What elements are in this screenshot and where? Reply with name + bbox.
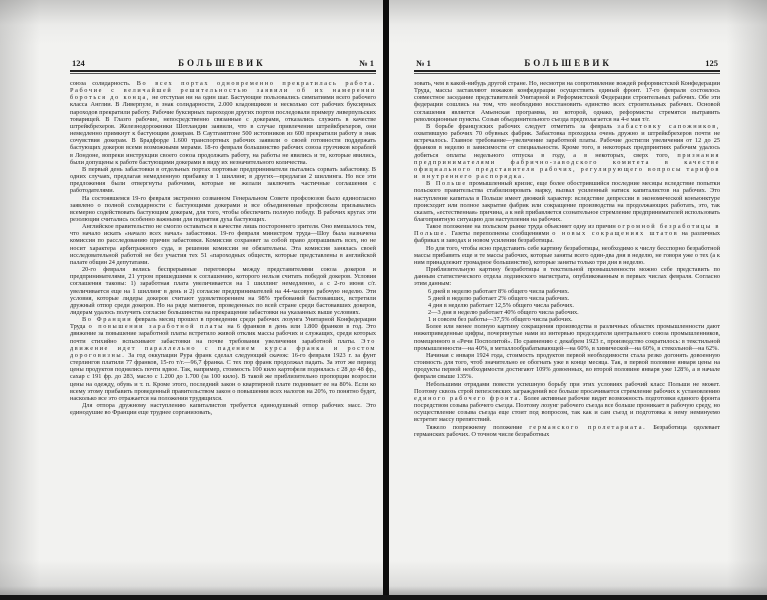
text-run: охватившую рабочих 70 обувных фабрик. За… bbox=[414, 130, 720, 158]
text-run: союза солидарность. bbox=[70, 80, 137, 87]
paragraph: Небольшими отрядами повести успешную бор… bbox=[414, 381, 720, 424]
right-issue-number: № 1 bbox=[416, 58, 431, 68]
spaced-emphasis: В Польше bbox=[426, 180, 467, 187]
paragraph: Во Франции февраль месяц прошел в провед… bbox=[70, 316, 376, 402]
paragraph: Начиная с января 1924 года, стоимость пр… bbox=[414, 352, 720, 381]
text-run: зовать, чем в какой-нибудь другой стране… bbox=[414, 80, 720, 123]
spaced-emphasis: единого рабочего фронта. bbox=[414, 395, 522, 402]
book-spine bbox=[383, 0, 389, 600]
paragraph: В борьбе французских рабочих следует отм… bbox=[414, 123, 720, 180]
scan-bottom-edge bbox=[0, 595, 767, 600]
paragraph: Тяжело попрежнему положение германского … bbox=[414, 424, 720, 438]
spaced-emphasis: Во Франции bbox=[82, 316, 132, 323]
text-run: Английское правительство не смогло остав… bbox=[70, 223, 376, 266]
left-page-body: союза солидарность. Во всех портах однов… bbox=[70, 80, 376, 416]
paragraph: Для отпора дружному наступлению капитали… bbox=[70, 402, 376, 416]
text-run: Для отпора дружному наступлению капитали… bbox=[70, 402, 376, 416]
text-run: Но для того, чтобы ясно представить себе… bbox=[414, 245, 720, 266]
text-run: Тяжело попрежнему положение bbox=[426, 424, 529, 431]
left-page: 124 БОЛЬШЕВИК № 1 союза солидарность. Во… bbox=[70, 58, 376, 416]
statistics-line: 6 дней в неделю работает 8% общего числа… bbox=[414, 288, 720, 295]
text-run: Такое положение на польском рынке труда … bbox=[426, 223, 618, 230]
text-run: Небольшими отрядами повести успешную бор… bbox=[414, 381, 720, 395]
statistics-line: 2—3 дня в неделю работает 40% общего чис… bbox=[414, 309, 720, 316]
header-rule-thin bbox=[414, 73, 720, 74]
paragraph: Более или менее полную картину сокращени… bbox=[414, 323, 720, 352]
right-page-body: зовать, чем в какой-нибудь другой стране… bbox=[414, 80, 720, 438]
text-run: не отступая ни на один шаг. Бастующие по… bbox=[70, 94, 376, 165]
paragraph: Такое положение на польском рынке труда … bbox=[414, 223, 720, 244]
left-running-head: 124 БОЛЬШЕВИК № 1 bbox=[70, 58, 376, 70]
paragraph: Но для того, чтобы ясно представить себе… bbox=[414, 245, 720, 266]
paragraph: Приблизительную картину безработицы в те… bbox=[414, 266, 720, 287]
spaced-emphasis: забастовку сапожников, bbox=[617, 123, 720, 130]
paragraph: Английское правительство не смогло остав… bbox=[70, 223, 376, 266]
spaced-emphasis: германского пролетариата. bbox=[529, 424, 646, 431]
statistics-line: 1 и совсем без работы—37,5% общего числа… bbox=[414, 316, 720, 323]
header-rule bbox=[70, 70, 376, 72]
left-issue-number: № 1 bbox=[359, 58, 374, 68]
statistics-line: 4 дня в неделю работает 12,5% общего чис… bbox=[414, 302, 720, 309]
text-run: промышленный кризис, еще более обостривш… bbox=[414, 180, 720, 223]
text-run: На состоявшемся 19-го февраля экстренно … bbox=[70, 195, 376, 223]
paragraph: В первый день забастовки в отдельных пор… bbox=[70, 166, 376, 195]
paragraph: В Польше промышленный кризис, еще более … bbox=[414, 180, 720, 223]
right-journal-title: БОЛЬШЕВИК bbox=[524, 58, 612, 68]
spaced-emphasis: о новых сокращениях штатов bbox=[552, 230, 678, 237]
text-run: 20-го февраля велись беспрерывные перего… bbox=[70, 266, 376, 316]
header-rule bbox=[414, 70, 720, 72]
spaced-emphasis: о повышении заработной платы bbox=[89, 323, 224, 330]
statistics-line: 5 дней в неделю работает 2% общего числа… bbox=[414, 295, 720, 302]
text-run: За год оккупации Рура франк сделал следу… bbox=[70, 352, 376, 402]
text-run: В первый день забастовки в отдельных пор… bbox=[70, 166, 376, 194]
text-run: Начиная с января 1924 года, стоимость пр… bbox=[414, 352, 720, 380]
text-run: В борьбе французских рабочих следует отм… bbox=[426, 123, 617, 130]
right-running-head: № 1 БОЛЬШЕВИК 125 bbox=[414, 58, 720, 70]
right-page: № 1 БОЛЬШЕВИК 125 зовать, чем в какой-ни… bbox=[414, 58, 720, 438]
right-page-number: 125 bbox=[705, 58, 718, 68]
paragraph: 20-го февраля велись беспрерывные перего… bbox=[70, 266, 376, 316]
text-run: Газеты переполнены сообщениями bbox=[448, 230, 552, 237]
paragraph: союза солидарность. Во всех портах однов… bbox=[70, 80, 376, 166]
left-journal-title: БОЛЬШЕВИК bbox=[178, 58, 266, 68]
paragraph: зовать, чем в какой-нибудь другой стране… bbox=[414, 80, 720, 123]
text-run: Более или менее полную картину сокращени… bbox=[414, 323, 720, 351]
header-rule-thin bbox=[70, 73, 376, 74]
paragraph: На состоявшемся 19-го февраля экстренно … bbox=[70, 195, 376, 224]
left-page-number: 124 bbox=[72, 58, 85, 68]
text-run: Приблизительную картину безработицы в те… bbox=[414, 266, 720, 287]
